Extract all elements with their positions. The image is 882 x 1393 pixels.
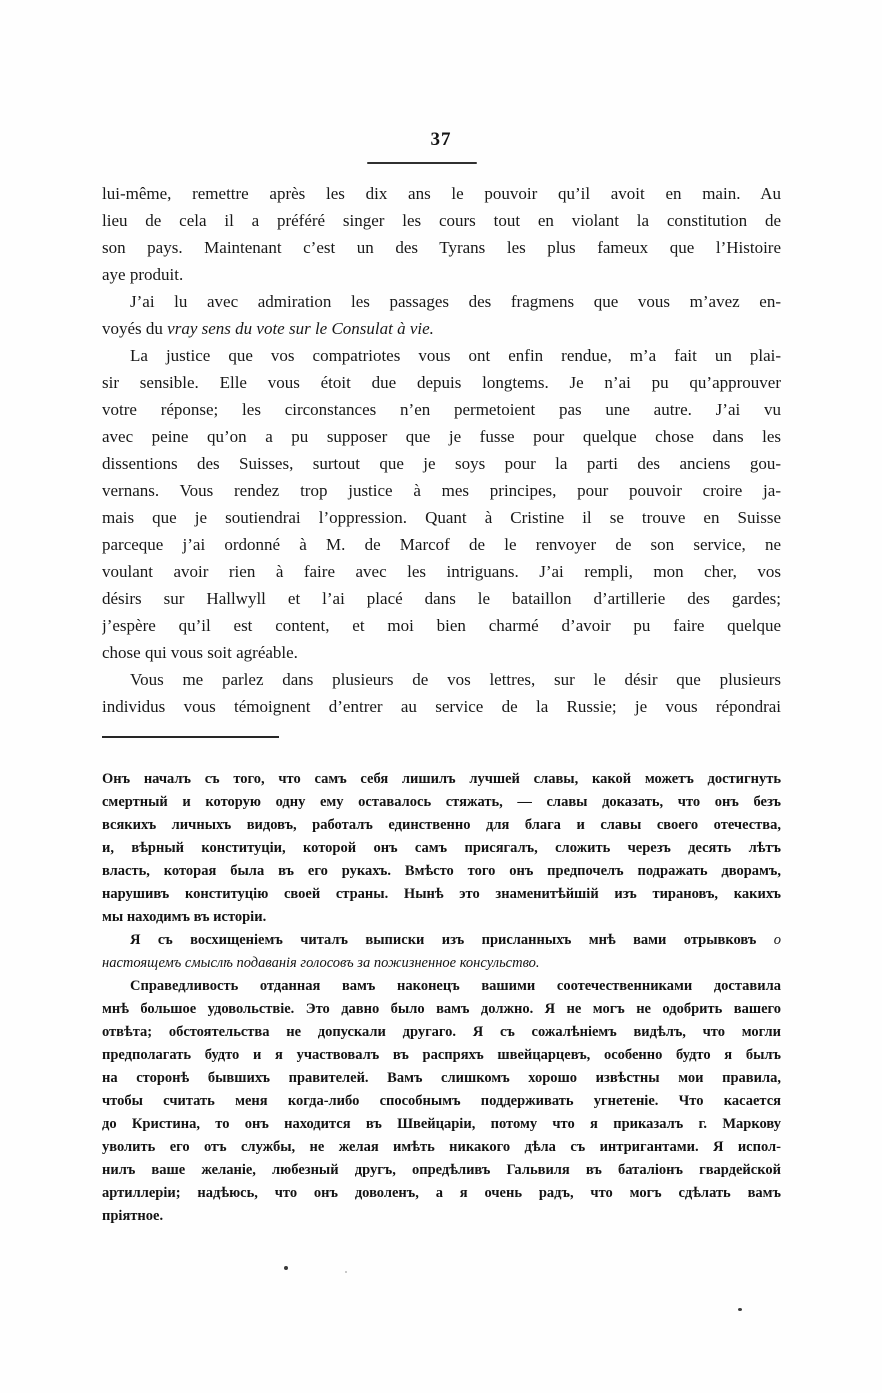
text-line: sir sensible. Elle vous étoit due depuis… bbox=[102, 369, 781, 396]
page-number: 37 bbox=[0, 129, 882, 151]
text-line: уволить его отъ службы, не желая имѣть н… bbox=[102, 1136, 781, 1159]
text-line: parceque j’ai ordonné à M. de Marcof de … bbox=[102, 531, 781, 558]
text-line: Vous me parlez dans plusieurs de vos let… bbox=[102, 666, 781, 693]
text-span: отвѣта; обстоятельства не допускали друг… bbox=[102, 1024, 781, 1040]
text-line: артиллеріи; надѣюсь, что онъ доволенъ, а… bbox=[102, 1182, 781, 1205]
text-line: смертный и которую одну ему оставалось с… bbox=[102, 791, 781, 814]
text-span: уволить его отъ службы, не желая имѣть н… bbox=[102, 1139, 781, 1155]
text-line: aye produit. bbox=[102, 261, 781, 288]
text-span: avec peine qu’on a pu supposer que je fu… bbox=[102, 427, 781, 446]
text-span: j’espère qu’il est content, et moi bien … bbox=[102, 616, 781, 635]
text-span: voulant avoir rien à faire avec les intr… bbox=[102, 562, 781, 581]
text-line: mais que je soutiendrai l’oppression. Qu… bbox=[102, 504, 781, 531]
ink-speck bbox=[284, 1266, 288, 1270]
text-line: lui-même, remettre après les dix ans le … bbox=[102, 180, 781, 207]
text-span: чтобы считать меня когда-либо способнымъ… bbox=[102, 1093, 781, 1109]
text-line: chose qui vous soit agréable. bbox=[102, 639, 781, 666]
text-line: j’espère qu’il est content, et moi bien … bbox=[102, 612, 781, 639]
text-span: всякихъ личныхъ видовъ, работалъ единств… bbox=[102, 817, 781, 833]
text-line: всякихъ личныхъ видовъ, работалъ единств… bbox=[102, 814, 781, 837]
text-line: avec peine qu’on a pu supposer que je fu… bbox=[102, 423, 781, 450]
text-line: мнѣ большое удовольствіе. Это давно было… bbox=[102, 998, 781, 1021]
text-line: J’ai lu avec admiration les passages des… bbox=[102, 288, 781, 315]
text-span: lieu de cela il a préféré singer les cou… bbox=[102, 211, 781, 230]
text-line: individus vous témoignent d’entrer au se… bbox=[102, 693, 781, 720]
text-line: voulant avoir rien à faire avec les intr… bbox=[102, 558, 781, 585]
text-line: отвѣта; обстоятельства не допускали друг… bbox=[102, 1021, 781, 1044]
text-span: aye produit. bbox=[102, 265, 183, 284]
paragraph: Vous me parlez dans plusieurs de vos let… bbox=[102, 666, 781, 720]
text-span: voyés du bbox=[102, 319, 167, 338]
text-span: parceque j’ai ordonné à M. de Marcof de … bbox=[102, 535, 781, 554]
text-line: до Кристина, то онъ находится въ Швейцар… bbox=[102, 1113, 781, 1136]
text-line: мы находимъ въ исторіи. bbox=[102, 906, 781, 929]
text-span: пріятное. bbox=[102, 1208, 163, 1224]
text-span: dissentions des Suisses, surtout que je … bbox=[102, 454, 781, 473]
paragraph: lui-même, remettre après les dix ans le … bbox=[102, 180, 781, 288]
text-line: пріятное. bbox=[102, 1205, 781, 1228]
text-span: нилъ ваше желаніе, любезный другъ, опред… bbox=[102, 1162, 781, 1178]
text-span: мнѣ большое удовольствіе. Это давно было… bbox=[102, 1001, 781, 1017]
italic-text: настоящемъ смыслѣ подаванія голосовъ за … bbox=[102, 955, 540, 971]
text-line: La justice que vos compatriotes vous ont… bbox=[102, 342, 781, 369]
text-span: La justice que vos compatriotes vous ont… bbox=[130, 346, 781, 365]
italic-text: vray sens du vote sur le Consulat à vie. bbox=[167, 319, 434, 338]
text-span: son pays. Maintenant c’est un des Tyrans… bbox=[102, 238, 781, 257]
text-span: на сторонѣ бывшихъ правителей. Вамъ слиш… bbox=[102, 1070, 781, 1086]
text-span: chose qui vous soit agréable. bbox=[102, 643, 298, 662]
text-span: смертный и которую одну ему оставалось с… bbox=[102, 794, 781, 810]
text-line: на сторонѣ бывшихъ правителей. Вамъ слиш… bbox=[102, 1067, 781, 1090]
text-span: vernans. Vous rendez trop justice à mes … bbox=[102, 481, 781, 500]
text-span: désirs sur Hallwyll et l’ai placé dans l… bbox=[102, 589, 781, 608]
text-span: Онъ началъ съ того, что самъ себя лишилъ… bbox=[102, 771, 781, 787]
text-line: dissentions des Suisses, surtout que je … bbox=[102, 450, 781, 477]
text-span: и, вѣрный конституціи, которой онъ самъ … bbox=[102, 840, 781, 856]
ink-speck bbox=[345, 1271, 347, 1273]
text-line: son pays. Maintenant c’est un des Tyrans… bbox=[102, 234, 781, 261]
section-divider-rule bbox=[102, 736, 279, 738]
text-line: и, вѣрный конституціи, которой онъ самъ … bbox=[102, 837, 781, 860]
text-line: votre réponse; les circonstances n’en pe… bbox=[102, 396, 781, 423]
text-span: mais que je soutiendrai l’oppression. Qu… bbox=[102, 508, 781, 527]
text-span: Справедливость отданная вамъ наконецъ ва… bbox=[130, 978, 781, 994]
italic-text: о bbox=[774, 932, 781, 948]
text-span: votre réponse; les circonstances n’en pe… bbox=[102, 400, 781, 419]
paragraph: Справедливость отданная вамъ наконецъ ва… bbox=[102, 975, 781, 1228]
text-line: настоящемъ смыслѣ подаванія голосовъ за … bbox=[102, 952, 781, 975]
text-span: Я съ восхищеніемъ читалъ выписки изъ при… bbox=[130, 932, 774, 948]
text-line: désirs sur Hallwyll et l’ai placé dans l… bbox=[102, 585, 781, 612]
text-line: нилъ ваше желаніе, любезный другъ, опред… bbox=[102, 1159, 781, 1182]
text-span: мы находимъ въ исторіи. bbox=[102, 909, 266, 925]
text-line: нарушивъ конституцію своей страны. Нынѣ … bbox=[102, 883, 781, 906]
text-line: vernans. Vous rendez trop justice à mes … bbox=[102, 477, 781, 504]
text-line: чтобы считать меня когда-либо способнымъ… bbox=[102, 1090, 781, 1113]
text-line: Справедливость отданная вамъ наконецъ ва… bbox=[102, 975, 781, 998]
text-line: Онъ началъ съ того, что самъ себя лишилъ… bbox=[102, 768, 781, 791]
text-span: individus vous témoignent d’entrer au se… bbox=[102, 697, 781, 716]
text-line: власть, которая была въ его рукахъ. Вмѣс… bbox=[102, 860, 781, 883]
text-span: предполагать будто и я участвовалъ въ ра… bbox=[102, 1047, 781, 1063]
text-span: sir sensible. Elle vous étoit due depuis… bbox=[102, 373, 781, 392]
text-line: предполагать будто и я участвовалъ въ ра… bbox=[102, 1044, 781, 1067]
paragraph: Онъ началъ съ того, что самъ себя лишилъ… bbox=[102, 768, 781, 929]
text-span: lui-même, remettre après les dix ans le … bbox=[102, 184, 781, 203]
paragraph: Я съ восхищеніемъ читалъ выписки изъ при… bbox=[102, 929, 781, 975]
text-line: Я съ восхищеніемъ читалъ выписки изъ при… bbox=[102, 929, 781, 952]
book-page: 37 lui-même, remettre après les dix ans … bbox=[0, 0, 882, 1393]
text-span: J’ai lu avec admiration les passages des… bbox=[130, 292, 781, 311]
russian-text-block: Онъ началъ съ того, что самъ себя лишилъ… bbox=[102, 768, 781, 1228]
text-line: voyés du vray sens du vote sur le Consul… bbox=[102, 315, 781, 342]
text-line: lieu de cela il a préféré singer les cou… bbox=[102, 207, 781, 234]
page-number-rule bbox=[367, 162, 477, 164]
ink-speck bbox=[738, 1308, 742, 1311]
text-span: Vous me parlez dans plusieurs de vos let… bbox=[130, 670, 781, 689]
text-span: артиллеріи; надѣюсь, что онъ доволенъ, а… bbox=[102, 1185, 781, 1201]
text-span: нарушивъ конституцію своей страны. Нынѣ … bbox=[102, 886, 781, 902]
text-span: власть, которая была въ его рукахъ. Вмѣс… bbox=[102, 863, 781, 879]
paragraph: J’ai lu avec admiration les passages des… bbox=[102, 288, 781, 342]
french-text-block: lui-même, remettre après les dix ans le … bbox=[102, 180, 781, 720]
paragraph: La justice que vos compatriotes vous ont… bbox=[102, 342, 781, 666]
text-span: до Кристина, то онъ находится въ Швейцар… bbox=[102, 1116, 781, 1132]
